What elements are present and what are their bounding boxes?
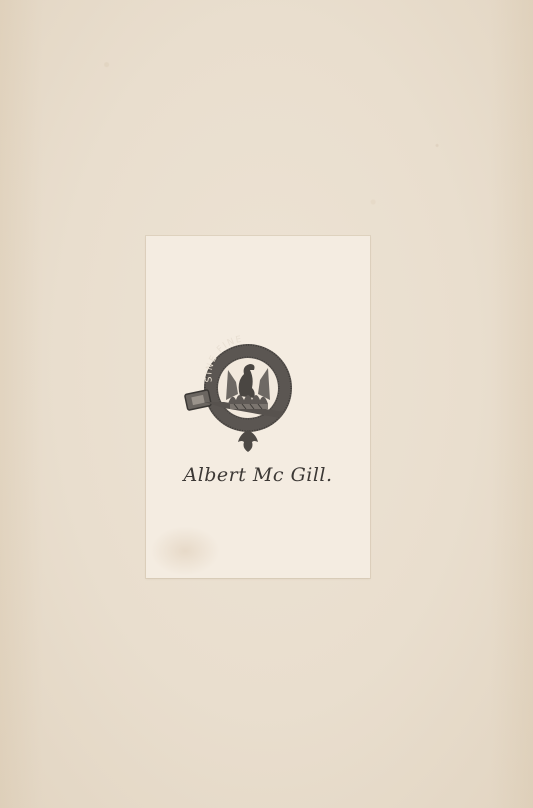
crest-badge-icon: SINE FINE [184,330,304,454]
owner-name: Albert Mc Gill. [146,464,370,486]
bookplate: SINE FINE Albert Mc Gill. [146,236,370,578]
foxing-stain [150,526,220,576]
